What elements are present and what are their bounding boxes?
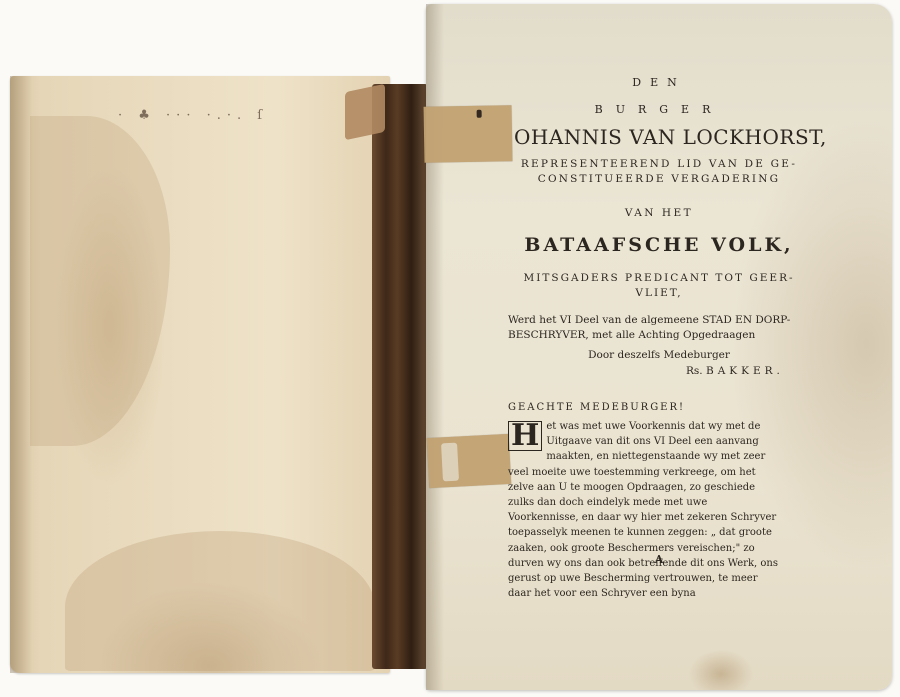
heading-name: OHANNIS VAN LOCKHORST,	[514, 125, 827, 149]
dedication-text: Werd het VI Deel van de algemeene STAD E…	[508, 313, 790, 343]
body-paragraph: H et was met uwe Voorkennis dat wy met d…	[508, 419, 778, 601]
signature-prefix: Rs.	[686, 365, 703, 377]
heading-mits-line1: MITSGADERS PREDICANT TOT GEER-	[426, 271, 892, 286]
signature-mark: A	[426, 553, 892, 566]
left-page: · ♣ ··· ·.·. ſ	[10, 76, 390, 673]
heading-den: DEN	[426, 76, 892, 89]
water-stain-bottom	[65, 531, 375, 671]
torn-spine-flap	[345, 84, 385, 141]
heading-representative: REPRESENTEEREND LID VAN DE GE- CONSTITUE…	[426, 157, 892, 187]
heading-mitsgaders: MITSGADERS PREDICANT TOT GEER- VLIET,	[426, 271, 892, 301]
tape-repair-bottom	[427, 434, 512, 488]
dropcap: H	[508, 421, 542, 451]
heading-van-het: VAN HET	[426, 207, 892, 219]
heading-rep-line1: REPRESENTEEREND LID VAN DE GE-	[426, 157, 892, 172]
heading-bataafsche-volk: BATAAFSCHE VOLK,	[426, 234, 892, 256]
ink-marks: · ♣ ··· ·.·. ſ	[118, 108, 268, 123]
heading-rep-line2: CONSTITUEERDE VERGADERING	[426, 172, 892, 187]
body-text: et was met uwe Voorkennis dat wy met de …	[508, 421, 778, 599]
dedication-line2: BESCHRYVER, met alle Achting Opgedraagen	[508, 328, 790, 343]
heading-mits-line2: VLIET,	[426, 286, 892, 301]
heading-burger: BURGER	[426, 103, 892, 116]
signature-name: BAKKER.	[706, 365, 784, 377]
signature: Rs. BAKKER.	[686, 365, 784, 377]
door-line: Door deszelfs Medeburger	[426, 349, 892, 361]
book-spine	[372, 84, 428, 669]
water-stain-top	[30, 116, 170, 446]
page-edge-shadow	[10, 76, 32, 673]
salutation: GEACHTE MEDEBURGER!	[508, 402, 685, 413]
dedication-line1: Werd het VI Deel van de algemeene STAD E…	[508, 313, 790, 328]
